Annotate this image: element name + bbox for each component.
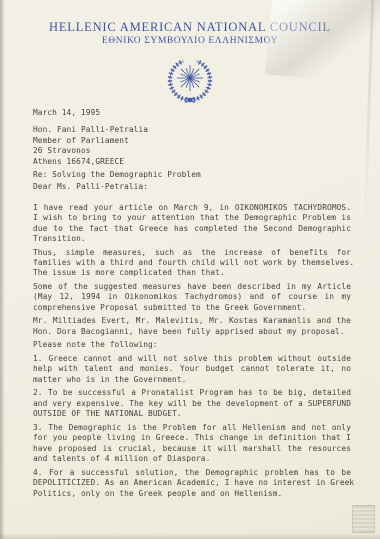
letter-date: March 14, 1995: [33, 108, 351, 118]
letter-line: 3. The Demographic is the Problem for al…: [33, 423, 351, 433]
letter-line: OUTSIDE OF THE NATIONAL BUDGET.: [33, 409, 351, 419]
subject-line: Re: Solving the Demographic Problem: [33, 170, 351, 180]
recipient-line: Hon. Fani Palli-Petralia: [33, 125, 351, 135]
letter-line: comprehensive Proposal submitted to the …: [33, 303, 351, 313]
letter-line: for you people living in Greece. This ch…: [33, 433, 351, 443]
letter-line: due to the fact that Greece has complete…: [33, 224, 351, 234]
scan-edge-shadow-left: [0, 0, 5, 539]
letter-paragraph: Thus, simple measures, such as the incre…: [33, 248, 351, 279]
recipient-line: Member of Parliament: [33, 136, 351, 146]
letter-line: and very expensive. The key will be the …: [33, 399, 351, 409]
letter-paragraph: 1. Greece cannot and will not solve this…: [33, 354, 351, 385]
letter-line: 2. To be successful a Pronatalist Progra…: [33, 388, 351, 398]
letter-body: I have read your article on March 9, in …: [33, 203, 351, 499]
letter-paragraph: 3. The Demographic is the Problem for al…: [33, 423, 351, 465]
scan-artifact-square: [352, 505, 375, 533]
letter-paragraph: 4. For a successful solution, the Demogr…: [33, 468, 351, 499]
letter-line: I have read your article on March 9, in …: [33, 203, 351, 213]
letter-paragraph: Some of the suggested measures have been…: [33, 282, 351, 313]
letter-line: Some of the suggested measures have been…: [33, 282, 351, 292]
letter-line: Hon. Dora Bacogianni, have been fully ap…: [33, 327, 351, 337]
letter-line: Thus, simple measures, such as the incre…: [33, 248, 351, 258]
letter-line: 1. Greece cannot and will not solve this…: [33, 354, 351, 364]
recipient-line: Athens 16674,GREECE: [33, 157, 351, 167]
letter-line: The issue is more complicated than that.: [33, 268, 351, 278]
letter-line: DEPOLITICIZED. As an American Academic, …: [33, 478, 351, 488]
salutation: Dear Ms. Palli-Petralia:: [33, 182, 351, 192]
letter-line: have proposed is crucial, because it wil…: [33, 444, 351, 454]
letter-paragraph: 2. To be successful a Pronatalist Progra…: [33, 388, 351, 419]
letter-line: help with talent and monies. Your budget…: [33, 364, 351, 374]
recipient-block: Hon. Fani Palli-PetraliaMember of Parlia…: [33, 125, 351, 167]
scan-edge-shadow-bottom: [0, 533, 380, 539]
letter-line: (May 12, 1994 in Oikonomikos Tachydromos…: [33, 292, 351, 302]
letter-line: Please note the following:: [33, 340, 351, 350]
letter-line: 4. For a successful solution, the Demogr…: [33, 468, 351, 478]
letter-paragraph: Please note the following:: [33, 340, 351, 350]
letter-line: families with a third and fourth child w…: [33, 258, 351, 268]
council-emblem-icon: [166, 52, 214, 106]
scanned-letter-page: HELLENIC AMERICAN NATIONAL COUNCIL ΕΘΝΙΚ…: [0, 0, 380, 539]
letter-line: Politics, only on the Greek people and o…: [33, 489, 351, 499]
letter-line: and talents of 4 million of Diaspora.: [33, 454, 351, 464]
recipient-line: 26 Stravonos: [33, 146, 351, 156]
letter-line: matter who is in the Government.: [33, 375, 351, 385]
letter-paragraph: I have read your article on March 9, in …: [33, 203, 351, 245]
letter-line: I wish to bring to your attention that t…: [33, 213, 351, 223]
letter-line: Mr. Miltiades Evert, Mr. Malevitis, Mr. …: [33, 316, 351, 326]
letter-line: Transition.: [33, 234, 351, 244]
letter-paragraph: Mr. Miltiades Evert, Mr. Malevitis, Mr. …: [33, 316, 351, 337]
letter-content: March 14, 1995 Hon. Fani Palli-PetraliaM…: [0, 108, 380, 499]
